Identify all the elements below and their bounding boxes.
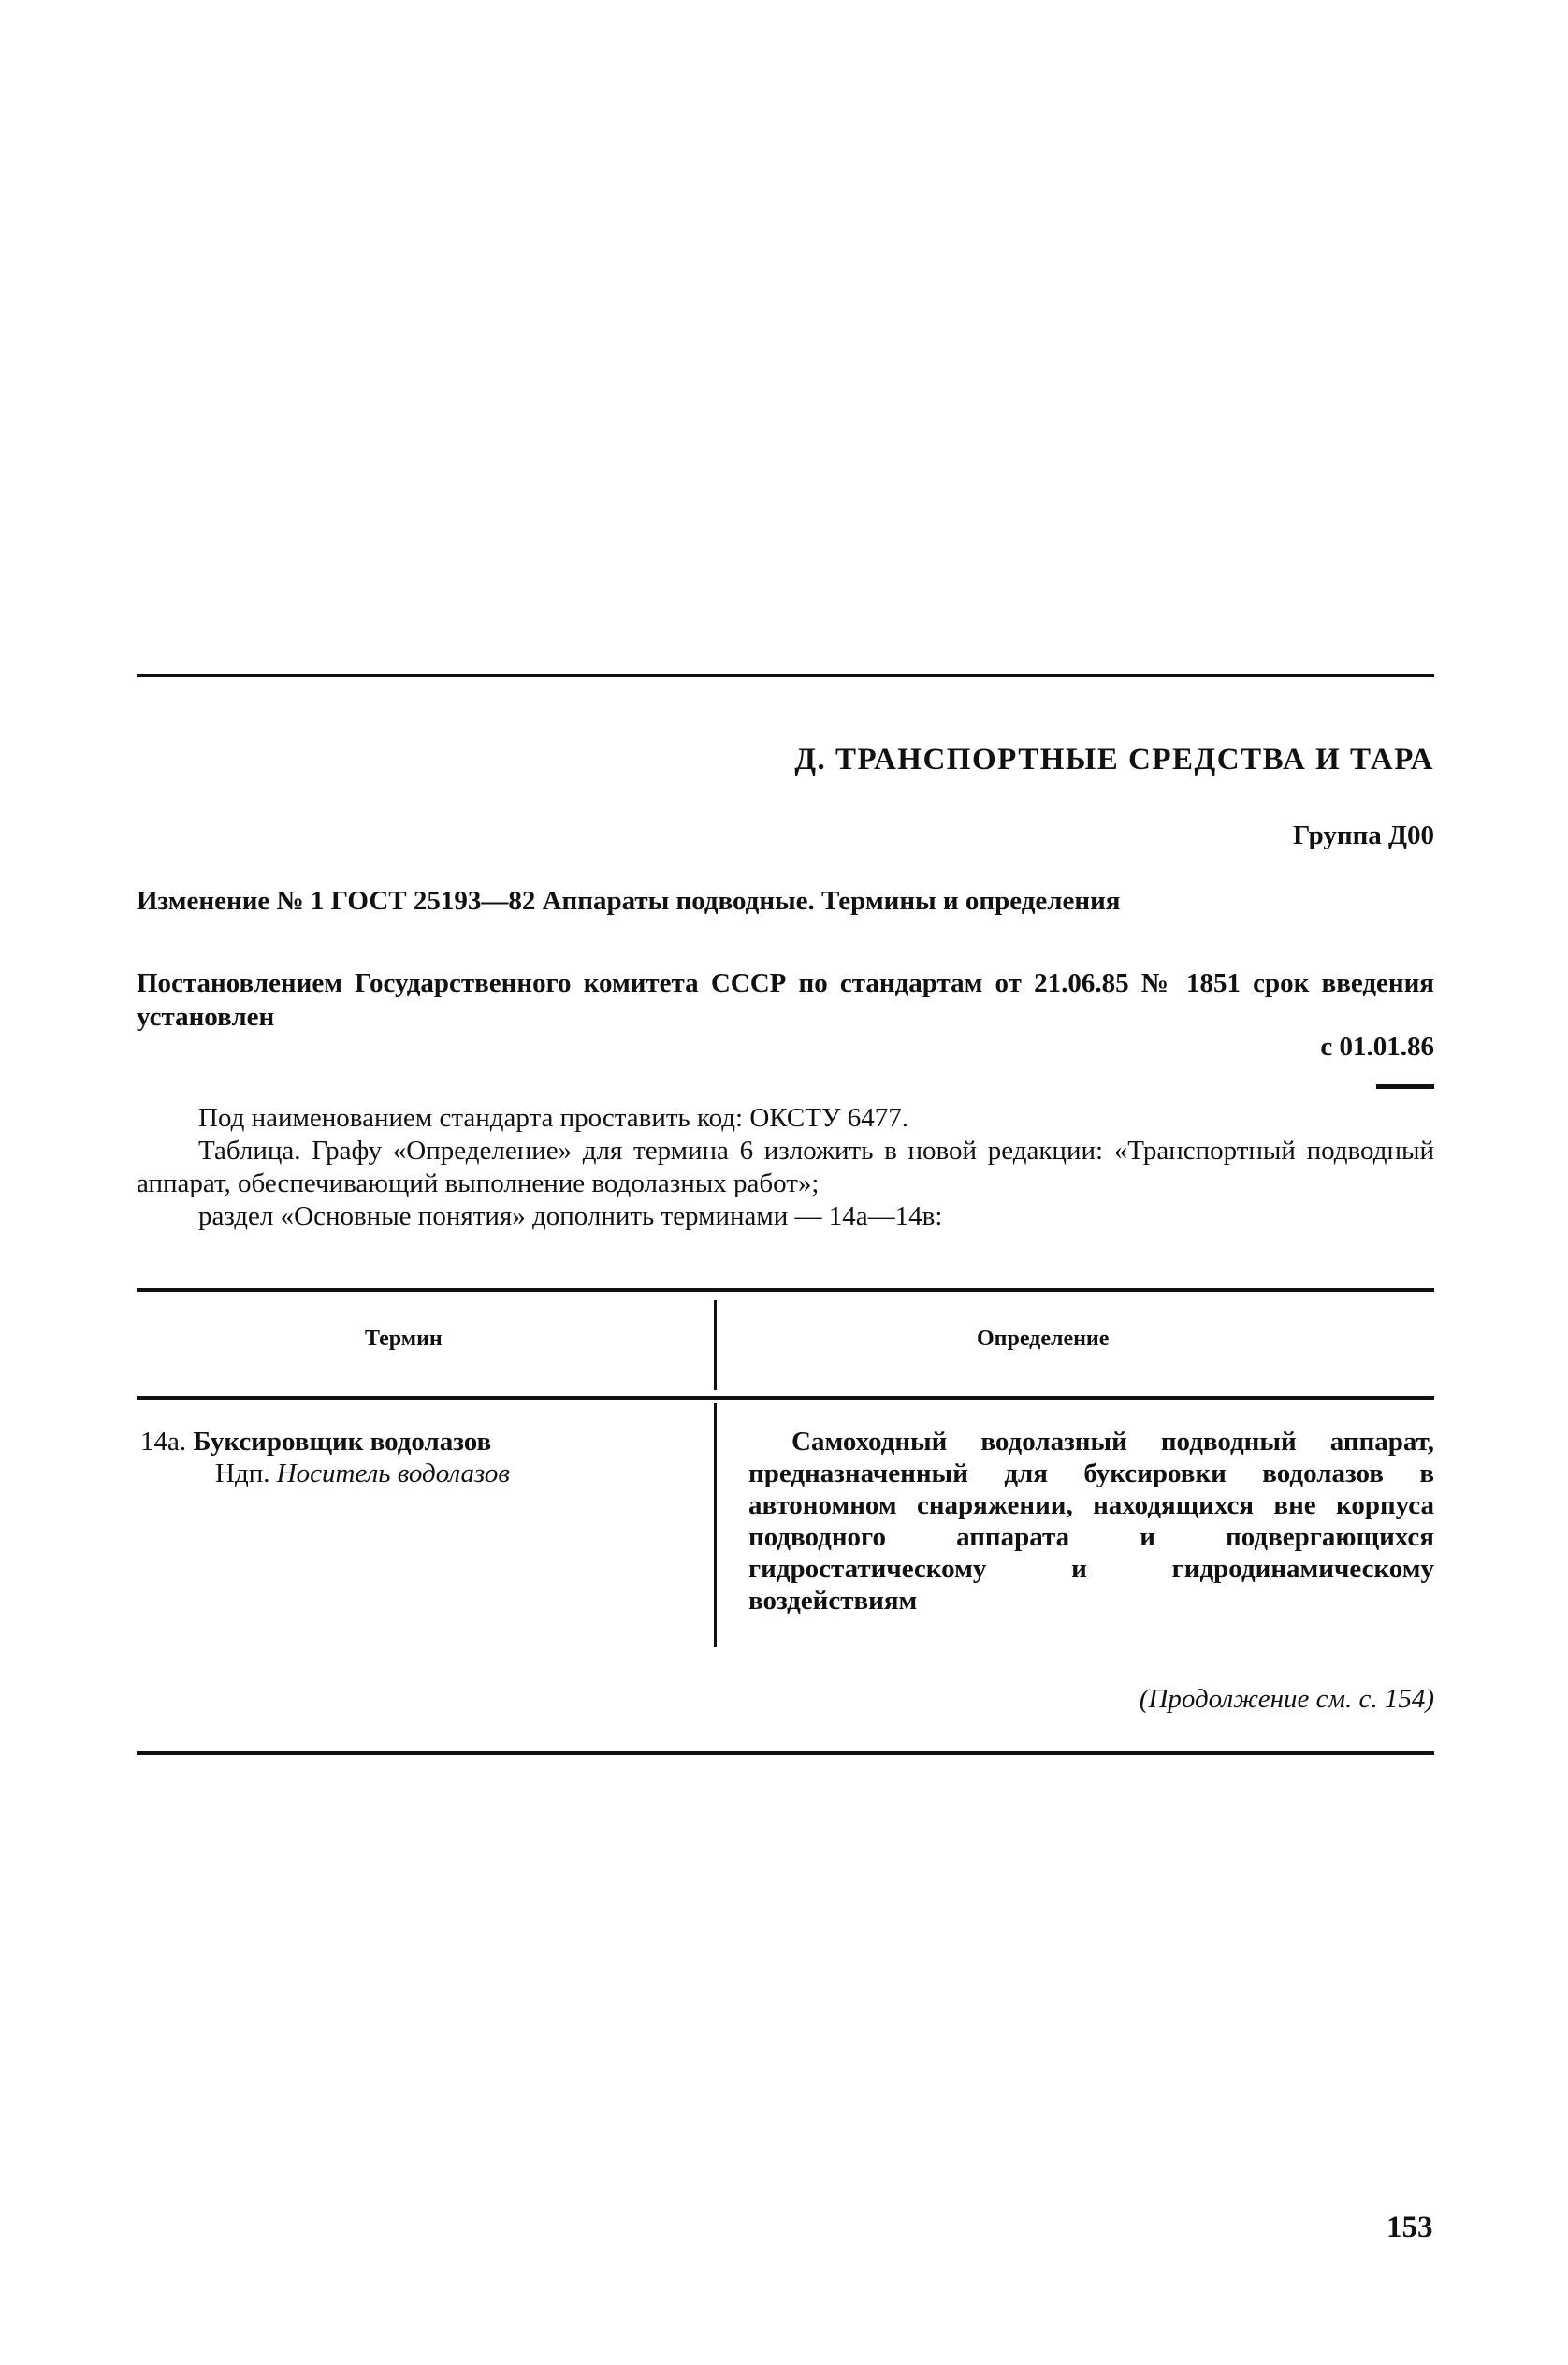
amendment-title: Изменение № 1 ГОСТ 25193—82 Аппараты под… [137,884,1434,918]
paragraph-code: Под наименованием стандарта проставить к… [137,1102,1434,1135]
paragraph-table-edit: Таблица. Графу «Определение» для термина… [137,1135,1434,1200]
term-name: Буксировщик водолазов [193,1427,491,1457]
table-column-divider-header [714,1300,717,1390]
continuation-note: (Продолжение см. с. 154) [1140,1684,1434,1715]
term-number: 14а. [140,1427,186,1457]
decree-text: Постановлением Государственного комитета… [137,966,1434,1034]
group-code: Группа Д00 [1293,820,1434,851]
definition-text: Самоходный водолазный подводный аппарат,… [748,1426,1434,1617]
table-column-divider-body [714,1403,717,1647]
table-header-definition: Определение [977,1327,1109,1352]
top-rule [137,674,1434,677]
section-heading: Д. ТРАНСПОРТНЫЕ СРЕДСТВА И ТАРА [794,743,1434,777]
table-top-rule [137,1288,1434,1292]
deprecated-label: Ндп. [215,1458,269,1488]
table-header-term: Термин [365,1327,443,1352]
paragraph-add-terms: раздел «Основные понятия» дополнить терм… [137,1200,1434,1233]
table-row-term: 14а. Буксировщик водолазов Ндп. Носитель… [140,1426,510,1489]
amendment-body: Под наименованием стандарта проставить к… [137,1102,1434,1233]
effective-date: с 01.01.86 [1320,1032,1434,1063]
table-row-definition: Самоходный водолазный подводный аппарат,… [748,1426,1434,1617]
page-number: 153 [1387,2211,1433,2245]
deprecated-term: Носитель водолазов [277,1458,510,1488]
bottom-rule [137,1751,1434,1755]
table-header-rule [137,1396,1434,1400]
date-underline [1376,1084,1434,1089]
